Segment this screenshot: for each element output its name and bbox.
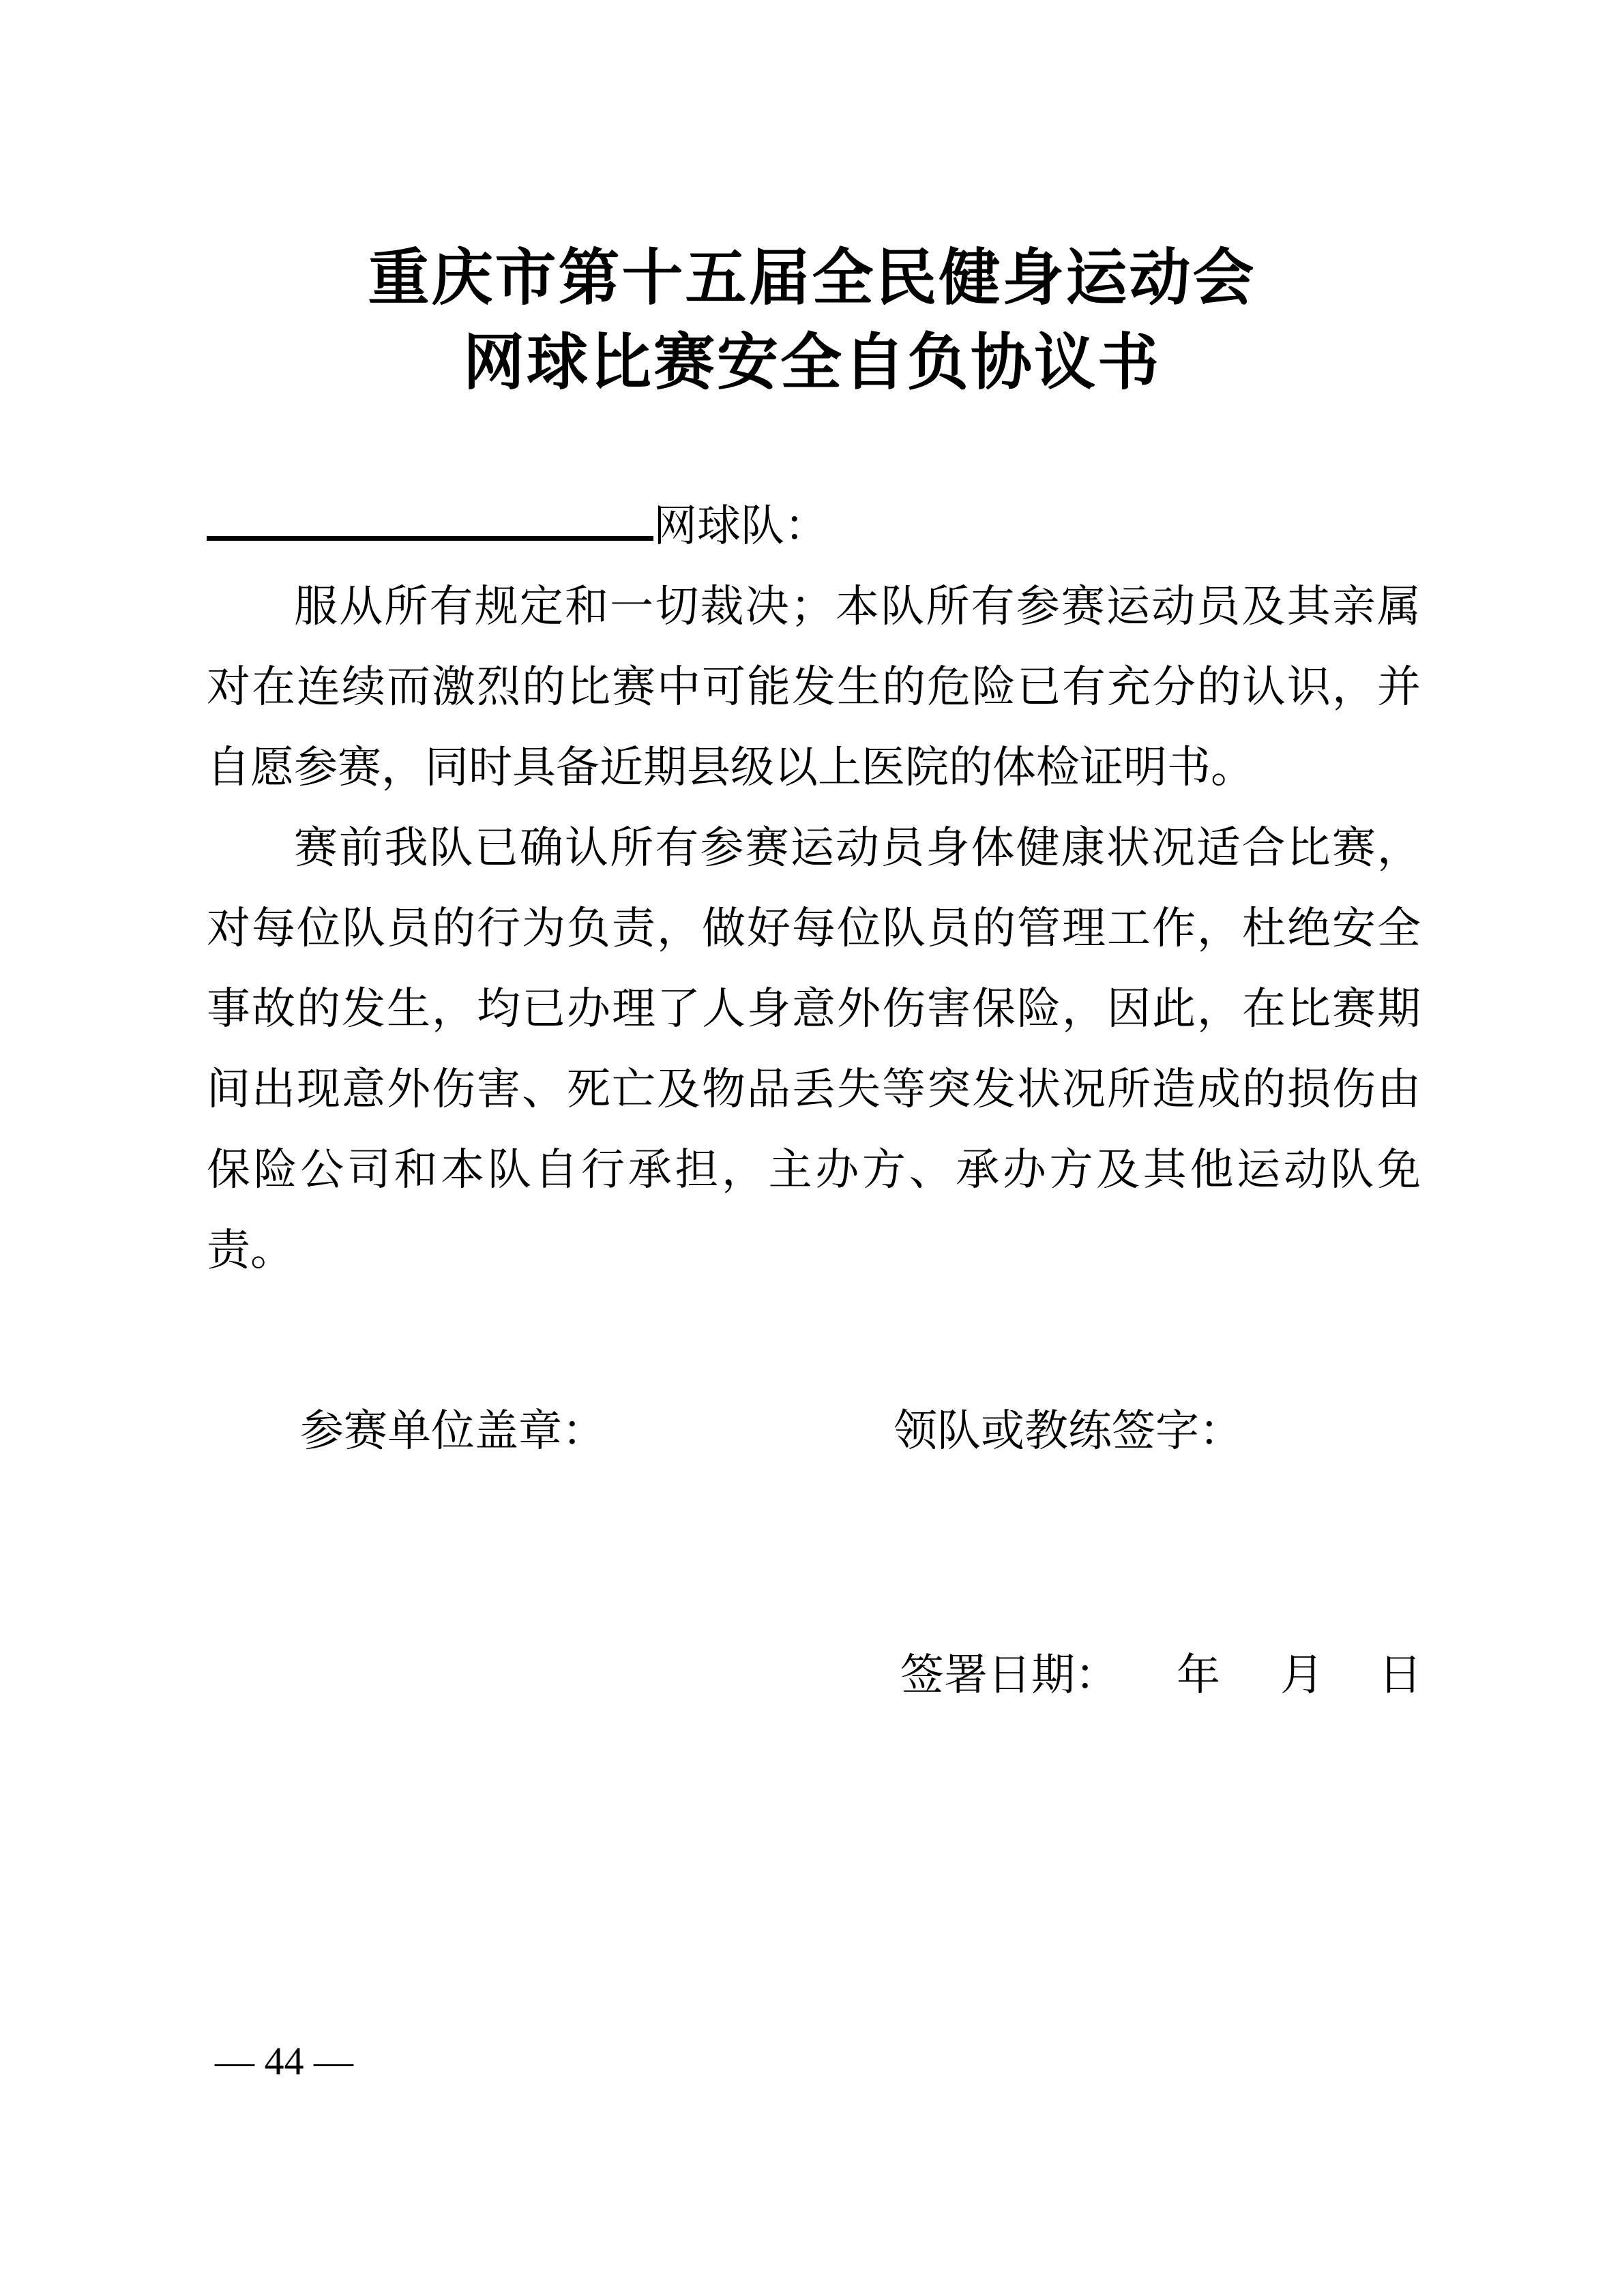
document-title-line1: 重庆市第十五届全民健身运动会 bbox=[0, 237, 1624, 321]
date-day-label: 日 bbox=[1378, 1651, 1422, 1699]
body-paragraph-1: 服从所有规定和一切裁决；本队所有参赛运动员及其亲属对在连续而激烈的比赛中可能发生… bbox=[207, 567, 1421, 808]
document-page: 重庆市第十五届全民健身运动会 网球比赛安全自负协议书 网球队： 服从所有规定和一… bbox=[0, 0, 1624, 2296]
document-body: 网球队： 服从所有规定和一切裁决；本队所有参赛运动员及其亲属对在连续而激烈的比赛… bbox=[207, 486, 1421, 1291]
unit-stamp-label: 参赛单位盖章： bbox=[300, 1391, 606, 1472]
team-line-suffix: 网球队： bbox=[653, 502, 828, 550]
team-name-line: 网球队： bbox=[207, 486, 1421, 567]
date-year-label: 年 bbox=[1177, 1651, 1220, 1699]
document-title: 重庆市第十五届全民健身运动会 网球比赛安全自负协议书 bbox=[0, 237, 1624, 406]
date-row: 签署日期：年月日 bbox=[207, 1635, 1421, 1717]
page-number: — 44 — bbox=[215, 2038, 353, 2085]
signature-row: 参赛单位盖章： 领队或教练签字： bbox=[207, 1391, 1421, 1473]
signing-date-line: 签署日期：年月日 bbox=[900, 1635, 1422, 1716]
document-title-line2: 网球比赛安全自负协议书 bbox=[0, 321, 1624, 406]
date-month-label: 月 bbox=[1280, 1651, 1324, 1699]
signing-date-label: 签署日期： bbox=[900, 1651, 1119, 1699]
team-name-blank-field bbox=[207, 498, 653, 541]
leader-coach-signature-label: 领队或教练签字： bbox=[894, 1391, 1243, 1472]
body-paragraph-2: 赛前我队已确认所有参赛运动员身体健康状况适合比赛，对每位队员的行为负责，做好每位… bbox=[207, 808, 1421, 1291]
